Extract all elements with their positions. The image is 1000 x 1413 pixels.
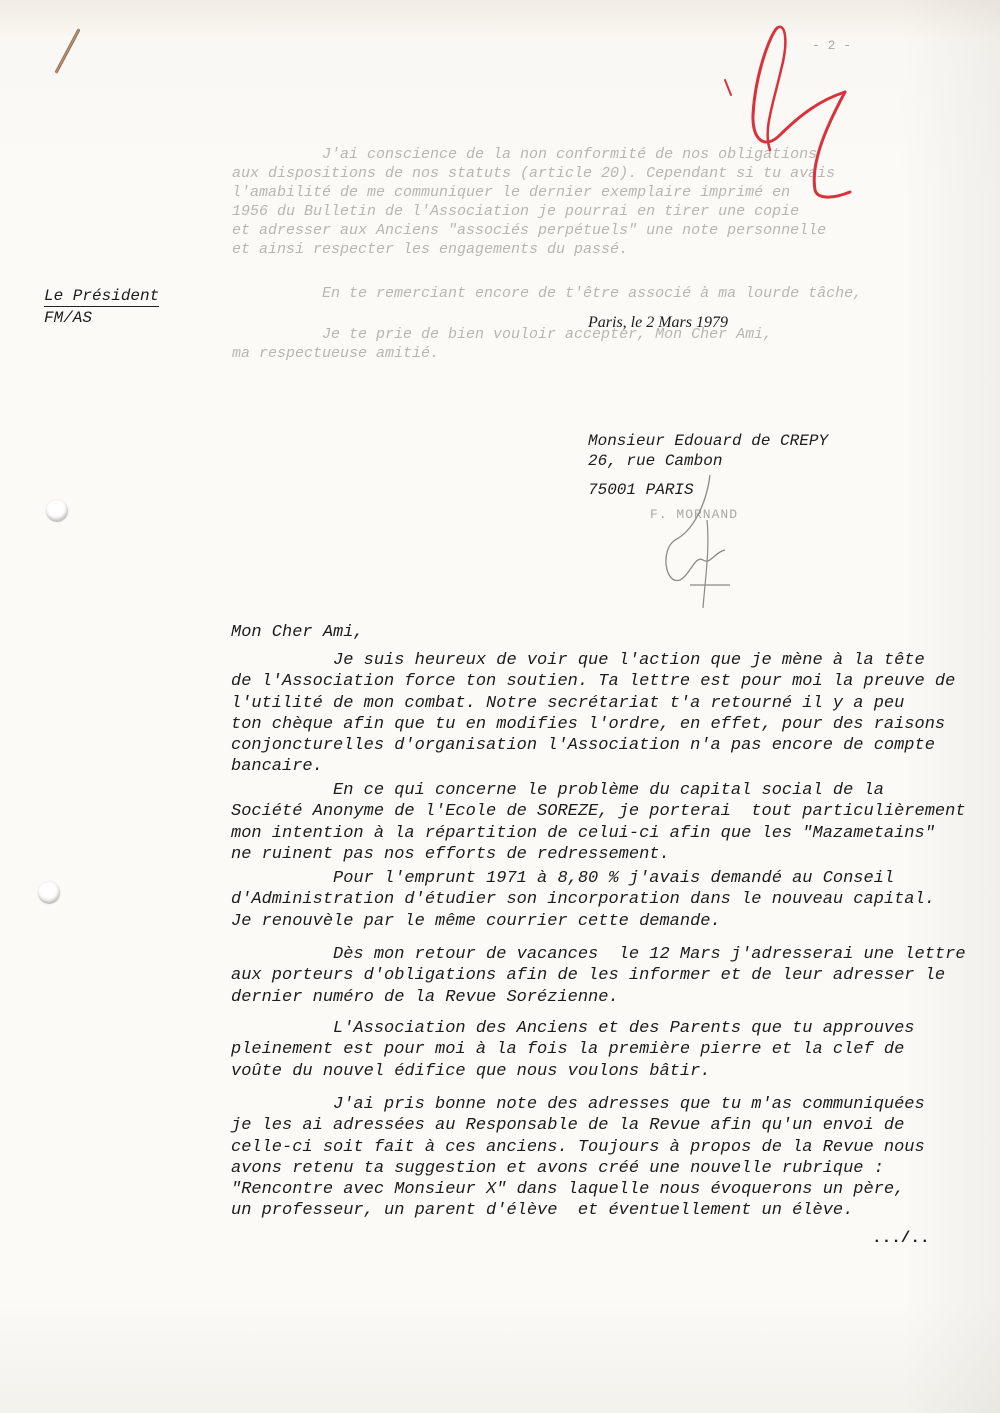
ghost-line: ma respectueuse amitié. [232, 344, 439, 363]
paragraph-line: ne ruinent pas nos efforts de redresseme… [231, 844, 966, 865]
paragraph-line: Je renouvèle par le même courrier cette … [231, 911, 935, 932]
recipient-street: 26, rue Cambon [588, 452, 722, 470]
paragraph-line: L'Association des Anciens et des Parents… [231, 1018, 915, 1039]
red-initials-mark-icon [715, 20, 865, 205]
paragraph-line: Société Anonyme de l'Ecole de SOREZE, je… [231, 801, 966, 822]
paragraph: En ce qui concerne le problème du capita… [231, 780, 966, 865]
paragraph-line: Dès mon retour de vacances le 12 Mars j'… [231, 944, 966, 965]
paragraph: Dès mon retour de vacances le 12 Mars j'… [231, 944, 966, 1008]
paragraph-line: d'Administration d'étudier son incorpora… [231, 889, 935, 910]
letter-date: Paris, le 2 Mars 1979 [588, 314, 728, 332]
paragraph-line: mon intention à la répartition de celui-… [231, 823, 966, 844]
salutation: Mon Cher Ami, [231, 622, 364, 643]
paragraph-line: pleinement est pour moi à la fois la pre… [231, 1039, 915, 1060]
letter-page: - 2 - J'ai conscience de la non conformi… [0, 0, 1000, 1413]
paragraph-line: conjoncturelles d'organisation l'Associa… [231, 735, 955, 756]
paragraph-line: de l'Association force ton soutien. Ta l… [231, 671, 955, 692]
paragraph-line: je les ai adressées au Responsable de la… [231, 1115, 925, 1136]
paragraph-line: Pour l'emprunt 1971 à 8,80 % j'avais dem… [231, 868, 935, 889]
paragraph-line: ton chèque afin que tu en modifies l'ord… [231, 714, 955, 735]
pencil-signature-icon [655, 470, 745, 610]
paragraph-line: "Rencontre avec Monsieur X" dans laquell… [231, 1179, 925, 1200]
punch-hole-icon [46, 500, 68, 522]
sender-reference: FM/AS [44, 309, 92, 327]
paragraph-line: aux porteurs d'obligations afin de les i… [231, 965, 966, 986]
paragraph-line: dernier numéro de la Revue Sorézienne. [231, 987, 966, 1008]
paragraph-line: avons retenu ta suggestion et avons créé… [231, 1158, 925, 1179]
ghost-line: et adresser aux Anciens "associés perpét… [232, 221, 826, 240]
paragraph-line: J'ai pris bonne note des adresses que tu… [231, 1094, 925, 1115]
staple-icon [54, 28, 80, 74]
ghost-line: et ainsi respecter les engagements du pa… [232, 240, 628, 259]
punch-hole-icon [38, 882, 60, 904]
recipient-name: Monsieur Edouard de CREPY [588, 432, 828, 450]
paragraph-line: celle-ci soit fait à ces anciens. Toujou… [231, 1137, 925, 1158]
paragraph: Je suis heureux de voir que l'action que… [231, 650, 955, 778]
paragraph: J'ai pris bonne note des adresses que tu… [231, 1094, 925, 1222]
paragraph-line: bancaire. [231, 756, 955, 777]
paragraph-line: En ce qui concerne le problème du capita… [231, 780, 966, 801]
paragraph-line: voûte du nouvel édifice que nous voulons… [231, 1061, 915, 1082]
continuation-mark: .../.. [872, 1229, 930, 1247]
paragraph-line: l'utilité de mon combat. Notre secrétari… [231, 693, 955, 714]
ghost-line: En te remerciant encore de t'être associ… [232, 284, 862, 303]
sender-title: Le Président [44, 287, 159, 307]
paragraph: Pour l'emprunt 1971 à 8,80 % j'avais dem… [231, 868, 935, 932]
paragraph: L'Association des Anciens et des Parents… [231, 1018, 915, 1082]
ghost-line: l'amabilité de me communiquer le dernier… [232, 183, 790, 202]
paragraph-line: Je suis heureux de voir que l'action que… [231, 650, 955, 671]
paragraph-line: un professeur, un parent d'élève et éven… [231, 1200, 925, 1221]
